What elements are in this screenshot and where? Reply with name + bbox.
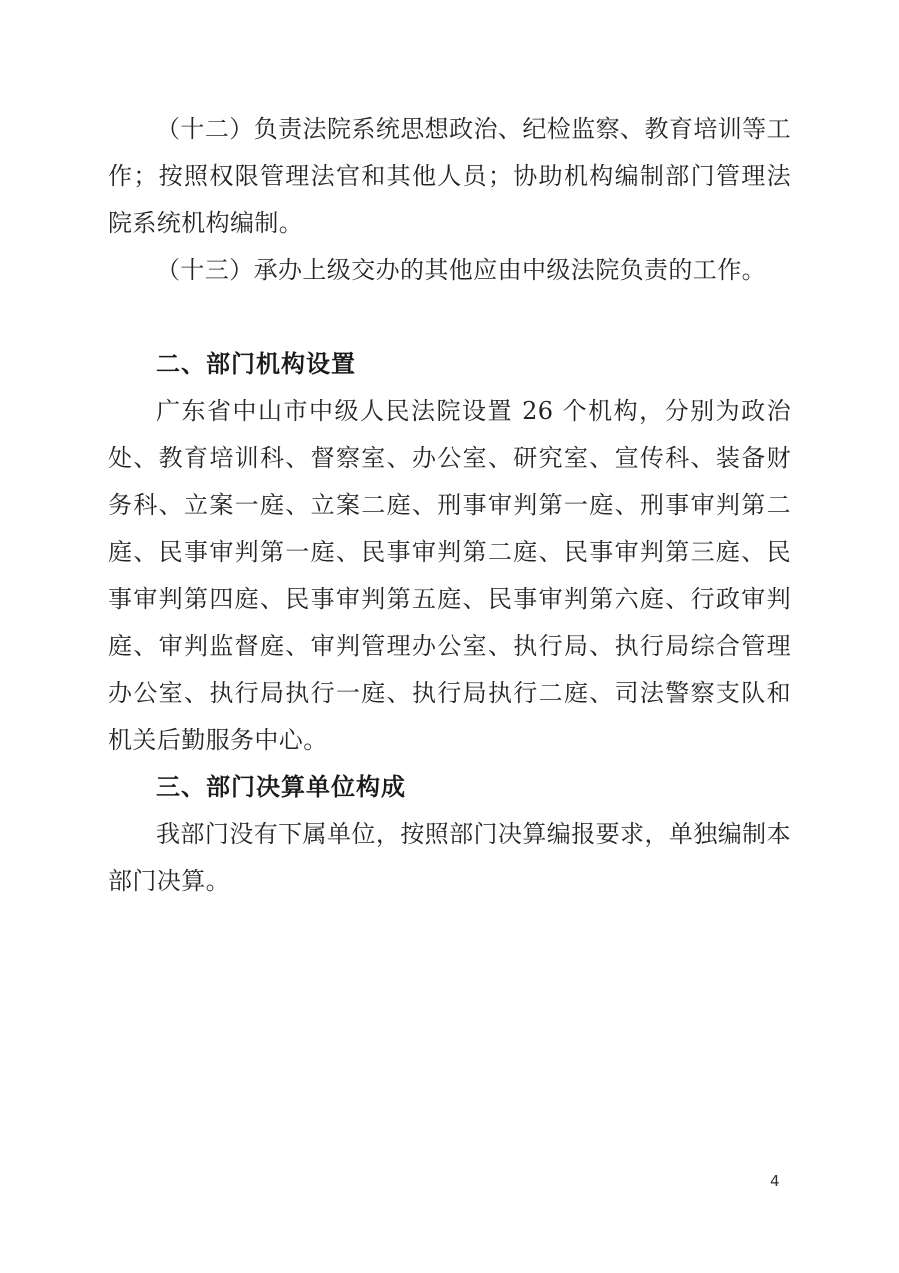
paragraph-organization-list: 广东省中山市中级人民法院设置 26 个机构，分别为政治处、教育培训科、督察室、办… [108, 388, 791, 764]
page-number: 4 [770, 1172, 780, 1190]
paragraph-item-12: （十二）负责法院系统思想政治、纪检监察、教育培训等工作；按照权限管理法官和其他人… [108, 106, 791, 247]
section-heading-final-accounts-units: 三、部门决算单位构成 [108, 764, 791, 811]
document-page: （十二）负责法院系统思想政治、纪检监察、教育培训等工作；按照权限管理法官和其他人… [0, 0, 899, 1273]
paragraph-item-13: （十三）承办上级交办的其他应由中级法院负责的工作。 [108, 247, 791, 294]
text-block: （十二）负责法院系统思想政治、纪检监察、教育培训等工作；按照权限管理法官和其他人… [108, 106, 791, 905]
blank-line [108, 294, 791, 341]
paragraph-final-accounts: 我部门没有下属单位，按照部门决算编报要求，单独编制本部门决算。 [108, 811, 791, 905]
section-heading-organization-setup: 二、部门机构设置 [108, 341, 791, 388]
